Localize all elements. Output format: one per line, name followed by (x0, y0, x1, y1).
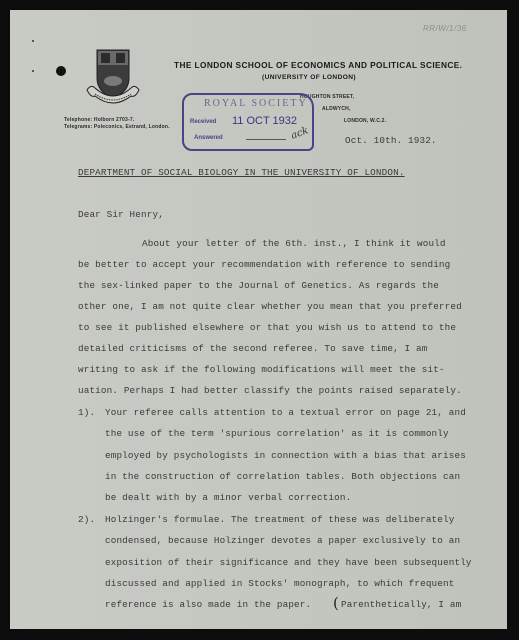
body-line: uation. Perhaps I had better classify th… (78, 385, 462, 396)
point-line: discussed and applied in Stocks' monogra… (105, 578, 454, 589)
institution-subtitle: (UNIVERSITY OF LONDON) (262, 74, 356, 81)
point-line: Your referee calls attention to a textua… (105, 407, 466, 418)
letter-date: Oct. 10th. 1932. (345, 135, 437, 146)
point-line: exposition of their significance and the… (105, 557, 472, 568)
handwritten-bracket: ( (333, 594, 339, 612)
point-line: reference is also made in the paper. (105, 599, 311, 610)
letter-page: RR/W/1/36 THE LONDON SCHOOL OF ECONOMICS… (10, 10, 507, 629)
stamp-received-label: Received (190, 119, 216, 125)
body-line: to see it published elsewhere or that yo… (78, 322, 456, 333)
body-line: detailed criticisms of the second refere… (78, 343, 427, 354)
point-line: Holzinger's formulae. The treatment of t… (105, 514, 454, 525)
stamp-annotation: ack (290, 125, 310, 141)
department-heading: DEPARTMENT OF SOCIAL BIOLOGY IN THE UNIV… (78, 167, 405, 178)
body-line: other one, I am not quite clear whether … (78, 301, 462, 312)
body-line: be better to accept your recommendation … (78, 259, 450, 270)
lse-crest-icon (83, 48, 143, 108)
stamp-answered-line (246, 139, 286, 140)
institution-name: THE LONDON SCHOOL OF ECONOMICS AND POLIT… (174, 60, 462, 70)
address-line-2: ALDWYCH, (322, 106, 351, 112)
body-line: About your letter of the 6th. inst., I t… (142, 238, 446, 249)
point-line-tail: Parenthetically, I am (341, 599, 461, 610)
ink-speck (32, 40, 34, 42)
point-number: 2). (78, 514, 95, 525)
point-line: employed by psychologists in connection … (105, 450, 466, 461)
point-line: in the construction of correlation table… (105, 471, 460, 482)
stamp-title: ROYAL SOCIETY (204, 98, 308, 109)
received-stamp: ROYAL SOCIETY Received 11 OCT 1932 Answe… (182, 93, 314, 151)
telegrams-line: Telegrams: Poleconics, Estrand, London. (64, 124, 170, 130)
point-line: condensed, because Holzinger devotes a p… (105, 535, 460, 546)
telephone-line: Telephone: Holborn 2703-7. (64, 117, 134, 123)
punch-hole (56, 66, 66, 76)
point-line: the use of the term 'spurious correlatio… (105, 428, 449, 439)
salutation: Dear Sir Henry, (78, 209, 164, 220)
body-line: writing to ask if the following modifica… (78, 364, 445, 375)
ink-speck (32, 70, 34, 72)
point-line: be dealt with by a minor verbal correcti… (105, 492, 351, 503)
address-line-3: LONDON, W.C.2. (344, 118, 386, 124)
stamp-received-date: 11 OCT 1932 (232, 115, 297, 127)
point-number: 1). (78, 407, 95, 418)
archive-reference: RR/W/1/36 (423, 24, 467, 33)
body-line: the sex-linked paper to the Journal of G… (78, 280, 439, 291)
stamp-answered-label: Answered (194, 135, 223, 141)
